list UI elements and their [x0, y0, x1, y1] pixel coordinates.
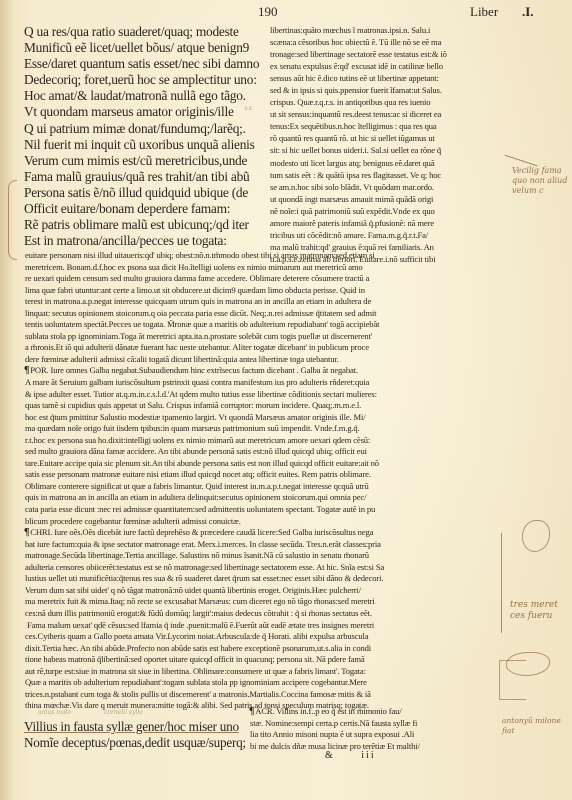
verse-line: Est in matrona/ancilla/pecces ue togata: [24, 233, 264, 249]
verse-line: Dedecoriq; foret,uerũ hoc se amplectitur… [24, 72, 264, 88]
commentary-line: ut sit sensus:inquantũ res.deest tenus:a… [270, 108, 498, 120]
commentary-text: tentis uoluntatem spectãt.Pecces ue toga… [25, 319, 379, 329]
marginal-note-line: velum c [512, 186, 567, 196]
commentary-line: ma meretrix fuit & mima.Itaq; nõ recte s… [24, 596, 498, 608]
commentary-text: Fama malum uexat' qdẽ cẽsus:sed ĩfamia q… [25, 620, 374, 630]
commentary-line: sed multo grauiora dãna famæ accidere. A… [24, 446, 498, 458]
commentary-text: CHRI. Iure oẽs.Oẽs dicebãt iure factũ de… [30, 527, 373, 537]
commentary-text: euitare personam nisi illud uitaueris:qd… [25, 250, 375, 260]
pilcrow-icon: ¶ [24, 527, 29, 539]
commentary-line: ¶POR. Iure omnes Galba negabat.Subaudien… [24, 365, 498, 377]
commentary-text: ma quædam noĩe origo fuit iisdem tpibus:… [25, 423, 360, 433]
commentary-text: POR. Iure omnes Galba negabat.Subaudiend… [30, 365, 358, 375]
commentary-text: ces:nã dum illis patrimoniũ erogat:& fũd… [25, 608, 372, 618]
commentary-line: tricibus uti cõcẽdit:nõ amare. Fama.m.g.… [270, 229, 498, 241]
commentary-line: blicum procedere cogebantur fœminæ adult… [24, 516, 498, 528]
marginal-note-line: tres meret [510, 600, 558, 611]
commentary-text: bat iure factum:quia & ipse sectator mat… [25, 539, 381, 549]
commentary-text: A mare ãt Seruium galbam iuriscõsultum p… [25, 377, 369, 387]
commentary-line: trices.n.pstabant cum toga & stolis pull… [24, 689, 498, 701]
commentary-line: aut rẽ,turpe est:siue in matrona sit siu… [24, 666, 498, 678]
pilcrow-icon: ¶ [249, 706, 254, 718]
commentary-text: Verum dum sat sibi uidet' q nõ tãgat mat… [25, 585, 361, 595]
gutter-shadow [0, 0, 14, 800]
commentary-line: dixit.Tertia hæc. An tibi abũde.Profecto… [24, 643, 498, 655]
commentary-line: Verum dum sat sibi uidet' q nõ tãgat mat… [24, 585, 498, 597]
verse-line: Nomĩe deceptus/pœnas,dedit usquæ/superq; [24, 735, 254, 751]
book-page: 190 Liber .I. Q ua res/qua ratio suadere… [0, 0, 572, 800]
commentary-line: satis esse personam matronæ euitare nisi… [24, 469, 498, 481]
commentary-line: sed & in ipsis si quis.ppensior fuerit ĩ… [270, 84, 498, 96]
commentary-text: ces.Cytheris quam a Gallo poeta amata Vi… [25, 631, 368, 641]
commentary-text: sublata stola pp ignominiam.Toga ãt mere… [25, 331, 372, 341]
folio-number: 190 [258, 4, 278, 20]
commentary-line: quas tamẽ si cupidius quis appetat ut Sa… [24, 400, 498, 412]
verse-line: Officit euitare/bonam deperdere famam: [24, 201, 264, 217]
marginal-note-line: quo non aliud [512, 176, 567, 186]
commentary-line: stæ. Nomine:sempi certa.p certis.Nã faus… [249, 718, 499, 730]
commentary-line: ¶ACR. Villins in.f..p eo q̃ est in m̃imo… [249, 706, 499, 718]
commentary-line: & ipse adulter esset. Tutior at.q.m.in.c… [24, 389, 498, 401]
commentary-text: dixit.Tertia hæc. An tibi abũde.Profecto… [25, 643, 371, 653]
marginal-note-right-bottom: antonyũ milone fiat [502, 716, 561, 736]
commentary-line: tum satis eẽt : & quãtũ ipsa res flagita… [270, 169, 498, 181]
right-margin-bracket [501, 533, 507, 633]
marginal-note-line: Vecilig fama [512, 166, 567, 176]
commentary-text: meretricem. Bonam.d.f.hoc ex psona sua d… [25, 262, 363, 272]
commentary-line: tronage:sed libertinage sectatorẽ esse t… [270, 48, 498, 60]
commentary-line: lima quæ fabri utuntur:ant certe a limo.… [24, 285, 498, 297]
verse-line: Munificũ eẽ licet/uellet bõus/ atque ben… [24, 40, 264, 56]
commentary-line: hoc est q̃tum pmittitur Salustio modesti… [24, 412, 498, 424]
commentary-line: libertinas:quãto mœchus ĩ matronas.ipsi.… [270, 24, 498, 36]
commentary-line: ma quædam noĩe origo fuit iisdem tpibus:… [24, 423, 498, 435]
commentary-line: modesto uti licet largus atq; benignus e… [270, 157, 498, 169]
pilcrow-icon: ¶ [24, 365, 29, 377]
commentary-line: ¶CHRI. Iure oẽs.Oẽs dicebãt iure factũ d… [24, 527, 498, 539]
verse-line: Rẽ patris oblimare malũ est ubicunq;/qd … [24, 217, 264, 233]
marginal-note-line: antonyũ milone [502, 716, 561, 726]
verse-text: Villius in fausta syllæ gener/hoc miser … [24, 719, 239, 734]
verse-line: Fama malũ grauius/quã res trahit/an tibi… [24, 169, 264, 185]
verse-line: Verum cum mimis est/cũ meretricibus,unde [24, 153, 264, 169]
verse-line: Q ua res/qua ratio suaderet/quaq; modest… [24, 24, 264, 40]
commentary-text: a m̃ronis.Et iõ qui adulterii dãnatæ fue… [25, 342, 369, 352]
commentary-line: lustius uellet uti munificẽtia:q̃tenus r… [24, 573, 498, 585]
commentary-line: sublata stola pp ignominiam.Toga ãt mere… [24, 331, 498, 343]
commentary-line: sensus aũt hic ẽ.dico tutins eẽ ut liber… [270, 72, 498, 84]
commentary-line: dere fœminæ adulterii admissi cã:alii to… [24, 354, 498, 366]
right-margin-bracket [499, 660, 526, 700]
verse-line: Vt quondam marseus amator originis/ille [24, 104, 264, 120]
commentary-line: Fama malum uexat' qdẽ cẽsus:sed ĩfamia q… [24, 620, 498, 632]
commentary-text: sed multo grauiora dãna famæ accidere. A… [25, 446, 367, 456]
left-margin-bracket [8, 180, 17, 260]
commentary-text: Oblimare conterere significat ut quæ a f… [25, 481, 369, 491]
commentary-line: se am.n.hoc sibi solo blãdit. Vt quõdam … [270, 181, 498, 193]
commentary-line: sit: si hic uellet bonus uideri.i. Sal.s… [270, 144, 498, 156]
verse-line: Esse/daret quantum satis esset/nec sibi … [24, 56, 264, 72]
commentary-text: satis esse personam matronæ euitare nisi… [25, 469, 371, 479]
commentary-text: matronage.Secũda libertinage.Tertia anci… [25, 550, 369, 560]
commentary-text: & ipse adulter esset. Tutior at.q.m.in.c… [25, 389, 377, 399]
commentary-line: cata paria esse dicunt :nec rei admissæ … [24, 504, 498, 516]
commentary-text: tare.Euitare accipe quia sic plenum sit.… [25, 458, 379, 468]
verse-line: Villius in fausta syllæ gener/hoc miser … [24, 719, 254, 735]
commentary-line: adulteria censores obiicerẽt:testatus es… [24, 562, 498, 574]
commentary-line: ces:nã dum illis patrimoniũ erogat:& fũd… [24, 608, 498, 620]
marginal-note-right-middle: tres meret ces fueru [510, 600, 558, 622]
commentary-line: lia tito Annio misoni nupta ẽ ut supra e… [249, 729, 499, 741]
commentary-text: terest in matrona.a.p.negat interesse qu… [25, 296, 371, 306]
commentary-line: matronage.Secũda libertinage.Tertia anci… [24, 550, 498, 562]
commentary-text: stæ. Nomine:sempi certa.p certis.Nã faus… [250, 718, 417, 728]
commentary-line: meretricem. Bonam.d.f.hoc ex psona sua d… [24, 262, 498, 274]
commentary-text: lima quæ fabri utuntur:ant certe a limo.… [25, 285, 365, 295]
interlinear-gloss: anius malo [38, 707, 71, 718]
commentary-line: rõ quantũ res quantũ rõ. ut hic si uelle… [270, 132, 498, 144]
commentary-text: hoc est q̃tum pmittitur Salustio modesti… [25, 412, 366, 422]
book-number: .I. [522, 4, 534, 20]
verse-line: Nil fuerit mi inquit cũ uxoribus unquã a… [24, 137, 264, 153]
commentary-text: adulteria censores obiicerẽt:testatus es… [25, 562, 384, 572]
marginal-note-right-top: Vecilig fama quo non aliud velum c [512, 166, 567, 196]
commentary-text: cata paria esse dicunt :nec rei admissæ … [25, 504, 375, 514]
commentary-line: re uexari quidem censum sed multo grauio… [24, 273, 498, 285]
commentary-text: Quæ a maritis ob adulterium repudiabant'… [25, 677, 367, 687]
commentary-text: re uexari quidem censum sed multo grauio… [25, 273, 369, 283]
commentary-text: tione habeas matronã q̃libertinã:sed opo… [25, 654, 365, 664]
commentary-text: blicum procedere cogebantur fœminæ adult… [25, 516, 241, 526]
verse-text-top: Q ua res/qua ratio suaderet/quaq; modest… [24, 24, 264, 249]
interlinear-gloss: cornelii sylle [104, 707, 143, 718]
commentary-line: a m̃ronis.Et iõ qui adulterii dãnatæ fue… [24, 342, 498, 354]
commentary-line: quis in matrona an in ancilla an etiam i… [24, 492, 498, 504]
verse-line: Persona satis ẽ/nõ illud quidquid ubique… [24, 185, 264, 201]
commentary-text: aut rẽ,turpe est:siue in matrona sit siu… [25, 666, 366, 676]
verse-text-bottom: Villius in fausta syllæ gener/hoc miser … [24, 719, 254, 751]
signature-mark: & iii [325, 750, 376, 761]
marginal-pointer-line [505, 155, 538, 166]
verse-line: Hoc amat/& laudat/matronã nullã ego tãgo… [24, 88, 264, 104]
manicule-doodle-icon [522, 520, 550, 552]
commentary-line: tare.Euitare accipe quia sic plenum sit.… [24, 458, 498, 470]
commentary-line: tentis uoluntatem spectãt.Pecces ue toga… [24, 319, 498, 331]
catchword: & [325, 750, 335, 761]
commentary-text: quas tamẽ si cupidius quis appetat ut Sa… [25, 400, 361, 410]
commentary-line: terest in matrona.a.p.negat interesse qu… [24, 296, 498, 308]
commentary-right-column: libertinas:quãto mœchus ĩ matronas.ipsi.… [270, 24, 498, 265]
commentary-line: bat iure factum:quia & ipse sectator mat… [24, 539, 498, 551]
marginal-note-line: fiat [502, 726, 561, 736]
commentary-line: Quæ a maritis ob adulterium repudiabant'… [24, 677, 498, 689]
commentary-line: ces.Cytheris quam a Gallo poeta amata Vi… [24, 631, 498, 643]
marginal-note-small: v.s. [244, 103, 254, 114]
commentary-text: lia tito Annio misoni nupta ẽ ut supra e… [250, 729, 414, 739]
commentary-line: linquat: secutus opinionem stoicorum.q o… [24, 308, 498, 320]
commentary-full-width: euitare personam nisi illud uitaueris:qd… [24, 250, 498, 712]
commentary-text: trices.n.pstabant cum toga & stolis pull… [25, 689, 371, 699]
commentary-text: ACR. Villins in.f..p eo q̃ est in m̃imon… [255, 706, 401, 716]
commentary-line: euitare personam nisi illud uitaueris:qd… [24, 250, 498, 262]
commentary-text: lustius uellet uti munificẽtia:q̃tenus r… [25, 573, 383, 583]
signature-numeral: iii [361, 750, 375, 761]
commentary-line: A mare ãt Seruium galbam iuriscõsultum p… [24, 377, 498, 389]
commentary-text: linquat: secutus opinionem stoicorum.q o… [25, 308, 376, 318]
commentary-line: nẽ noĩe:i quã patrimoniũ suũ expẽdit.Vnd… [270, 205, 498, 217]
commentary-text: ma meretrix fuit & mima.Itaq; nõ recte s… [25, 596, 375, 606]
commentary-text: dere fœminæ adulterii admissi cã:alii to… [25, 354, 339, 364]
commentary-line: crispus. Quæ.r.q.r.s. in antiqoribus qua… [270, 96, 498, 108]
commentary-line: tione habeas matronã q̃libertinã:sed opo… [24, 654, 498, 666]
commentary-line: amore maiorẽ pateris infamiã q̃.pfusionẽ… [270, 217, 498, 229]
commentary-text: r.t.hoc ex persona sua ho.dixit:intellig… [25, 435, 370, 445]
commentary-line: tenus:Ex sequẽtibus.n.hoc ĩtelligimus : … [270, 120, 498, 132]
commentary-bottom-column: ¶ACR. Villins in.f..p eo q̃ est in m̃imo… [249, 706, 499, 752]
commentary-line: Oblimare conterere significat ut quæ a f… [24, 481, 498, 493]
commentary-line: ut quondã ingt marsæus amauit mimã quãdã… [270, 193, 498, 205]
commentary-line: ex senatu expulsus ẽ:qd' excusat idẽ in … [270, 60, 498, 72]
commentary-text: quis in matrona an in ancilla an etiam i… [25, 492, 366, 502]
commentary-line: r.t.hoc ex persona sua ho.dixit:intellig… [24, 435, 498, 447]
marginal-note-line: ces fueru [510, 611, 558, 622]
verse-line: Q ui patrium mimæ donat/fundumq;/larẽq;. [24, 121, 264, 137]
running-title: Liber [470, 4, 498, 20]
commentary-line: scæna:a cẽsoribus hoc obiectũ ẽ. Tũ ille… [270, 36, 498, 48]
page-header: 190 Liber .I. [0, 4, 572, 20]
